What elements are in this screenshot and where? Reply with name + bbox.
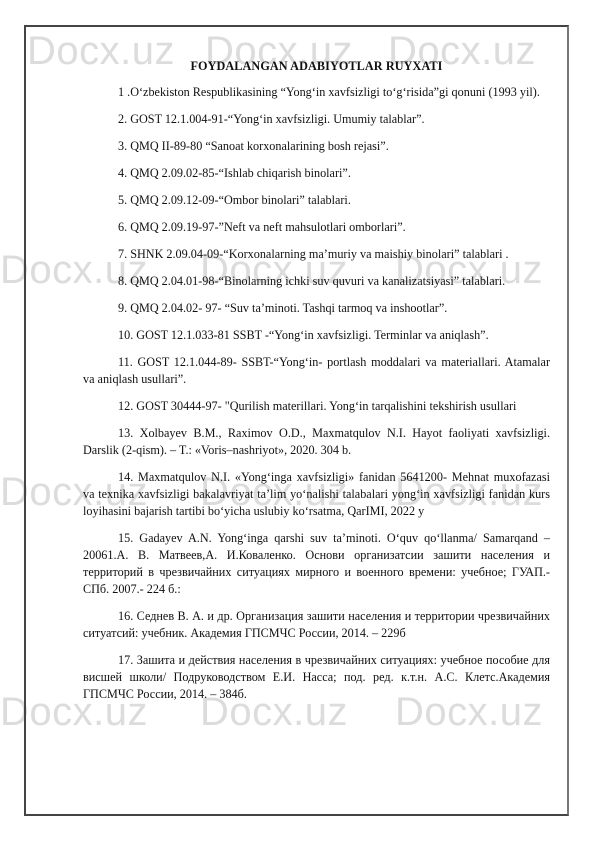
reference-item: 4. QMQ 2.09.02-85-“Ishlab chiqarish bino… — [83, 165, 550, 182]
reference-item: 2. GOST 12.1.004-91-“Yong‘in xavfsizligi… — [83, 111, 550, 128]
reference-item: 5. QMQ 2.09.12-09-“Ombor binolari” talab… — [83, 192, 550, 209]
reference-item: 6. QMQ 2.09.19-97-”Neft va neft mahsulot… — [83, 219, 550, 236]
reference-item: 9. QMQ 2.04.02- 97- “Suv ta’minoti. Tash… — [83, 300, 550, 317]
reference-item: 1 .O‘zbekiston Respublikasining “Yong‘in… — [83, 84, 550, 101]
reference-item: 7. SHNK 2.09.04-09-“Korxonalarning ma’mu… — [83, 246, 550, 263]
reference-item: 15. Gadayev A.N. Yong‘inga qarshi suv ta… — [83, 530, 550, 598]
document-body: FOYDALANGAN ADABIYOTLAR RUYXATI 1 .O‘zbe… — [83, 58, 550, 713]
reference-item: 17. Зашита и действия населения в чрезви… — [83, 652, 550, 703]
reference-item: 13. Xolbayev B.M., Raximov O.D., Maxmatq… — [83, 425, 550, 459]
reference-item: 10. GOST 12.1.033-81 SSBT -“Yong‘in xavf… — [83, 327, 550, 344]
reference-item: 8. QMQ 2.04.01-98-“Binolarning ichki suv… — [83, 273, 550, 290]
reference-item: 11. GOST 12.1.044-89- SSBT-“Yong‘in- por… — [83, 354, 550, 388]
reference-item: 12. GOST 30444-97- "Qurilish materillari… — [83, 398, 550, 415]
page-title: FOYDALANGAN ADABIYOTLAR RUYXATI — [83, 58, 550, 75]
reference-item: 14. Maxmatqulov N.I. «Yong‘inga xavfsizl… — [83, 469, 550, 520]
reference-item: 3. QMQ II-89-80 “Sanoat korxonalarining … — [83, 138, 550, 155]
reference-item: 16. Седнев В. А. и др. Организация зашит… — [83, 608, 550, 642]
